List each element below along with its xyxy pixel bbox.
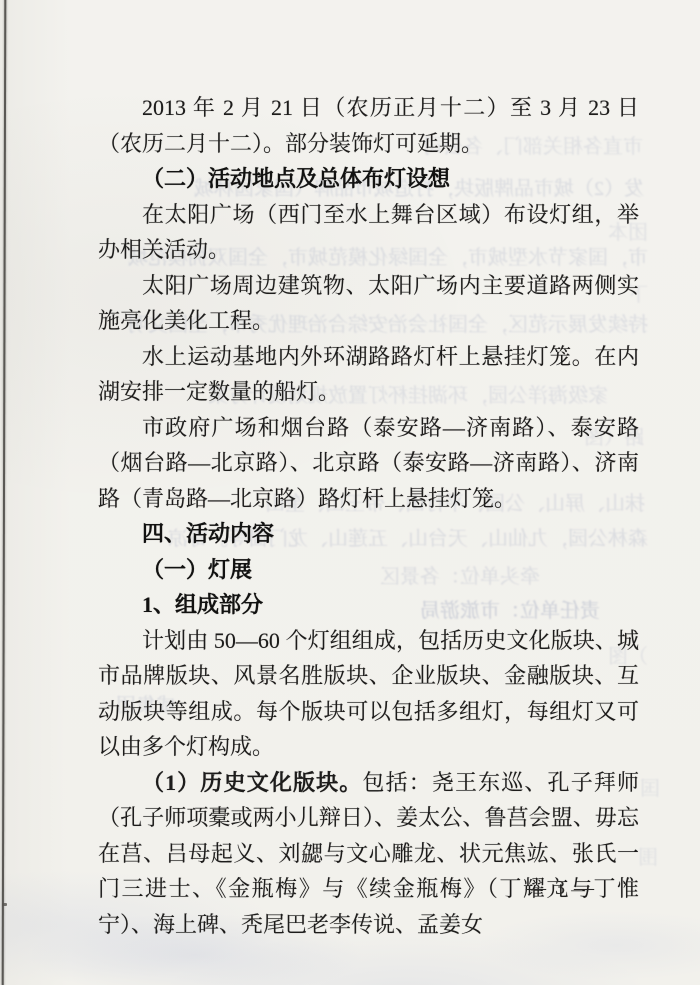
paragraph: 2013 年 2 月 21 日（农历正月十二）至 3 月 23 日（农历二月十二… — [98, 90, 639, 161]
paragraph: 在太阳广场（西门至水上舞台区域）布设灯组，举办相关活动。 — [98, 197, 639, 268]
paragraph: （1）历史文化版块。包括：尧王东巡、孔子拜师（孔子师项橐或两小儿辩日）、姜太公、… — [98, 765, 639, 943]
paragraph: 计划由 50—60 个灯组组成，包括历史文化版块、城市品牌版块、风景名胜版块、企… — [98, 623, 639, 765]
page-number: — 3 — — [526, 877, 596, 900]
paragraph: 太阳广场周边建筑物、太阳广场内主要道路两侧实施亮化美化工程。 — [98, 268, 639, 339]
paragraph: 市政府广场和烟台路（泰安路—济南路）、泰安路（烟台路—北京路）、北京路（泰安路—… — [98, 410, 639, 517]
scanner-speck — [2, 903, 7, 906]
scanned-page: 市直各相关部门、各公司 发（2）城市品牌版块，打造城市品牌（国家园林城 团本 市… — [0, 0, 700, 985]
section-heading: （一）灯展 — [98, 552, 639, 588]
scanner-edge-line — [2, 0, 7, 985]
chapter-heading: 四、活动内容 — [98, 516, 639, 552]
subsection-heading: 1、组成部分 — [98, 587, 639, 623]
inline-heading: （1）历史文化版块。 — [142, 770, 362, 795]
paragraph: 水上运动基地内外环湖路路灯杆上悬挂灯笼。在内湖安排一定数量的船灯。 — [98, 339, 639, 410]
document-body: 2013 年 2 月 21 日（农历正月十二）至 3 月 23 日（农历二月十二… — [98, 90, 639, 942]
section-heading: （二）活动地点及总体布灯设想 — [98, 161, 639, 197]
